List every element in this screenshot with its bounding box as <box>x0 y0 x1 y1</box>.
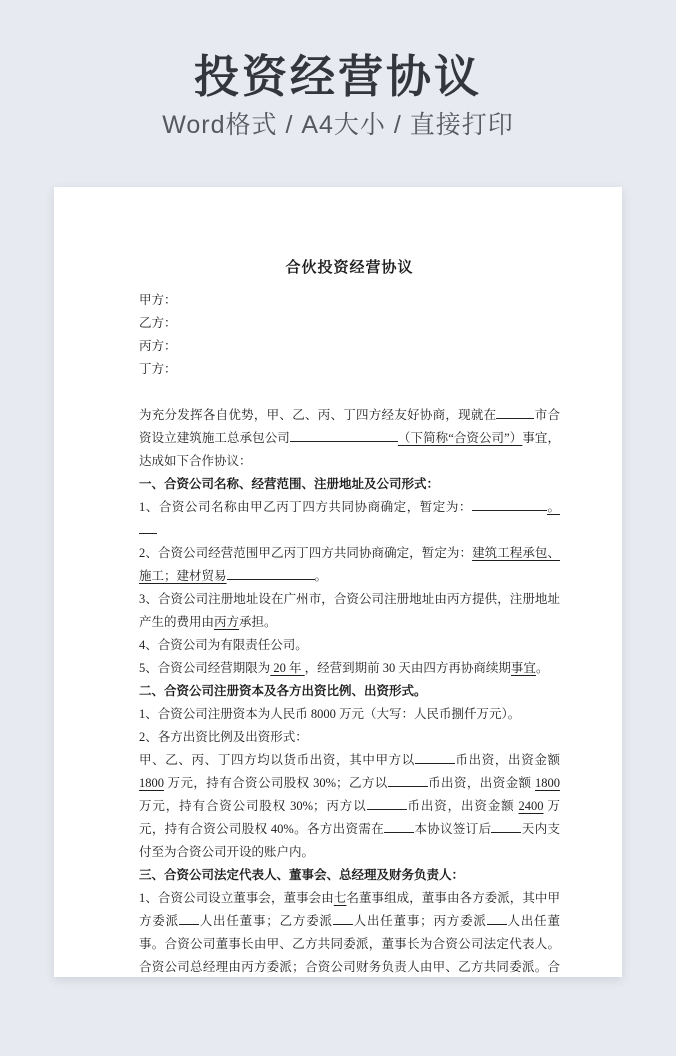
document-page: 合伙投资经营协议甲方：乙方：丙方：丁方：为充分发挥各自优势，甲、乙、丙、丁四方经… <box>54 187 622 977</box>
party-b-line: 乙方： <box>139 312 560 335</box>
text-run: 4、合资公司为有限责任公司。 <box>139 638 308 652</box>
section-1-heading: 一、合资公司名称、经营范围、注册地址及公司形式： <box>139 473 560 496</box>
text-run: 1800 <box>535 776 560 790</box>
text-run: 20 年 <box>270 661 304 675</box>
text-run: 。 <box>536 661 549 675</box>
text-run: 币出资，出资金额 <box>455 753 560 767</box>
section-2-item-2: 2、各方出资比例及出资形式： <box>139 726 560 749</box>
text-run: 本协议签订后 <box>414 822 491 836</box>
text-run: 。 <box>315 569 328 583</box>
spacer-line <box>139 381 560 404</box>
text-run: 承担。 <box>239 615 277 629</box>
text-run: 甲方： <box>139 293 177 307</box>
text-run: 二、合资公司注册资本及各方出资比例、出资形式。 <box>139 684 427 698</box>
blank-fill-line <box>472 498 547 511</box>
text-run: 万元，持有合资公司股权 30%；丙方以 <box>139 799 367 813</box>
text-run: 2、各方出资比例及出资形式： <box>139 730 308 744</box>
text-run: 七 <box>334 891 347 905</box>
text-run: 乙方： <box>139 316 177 330</box>
text-run: 为充分发挥各自优势，甲、乙、丙、丁四方经友好协商，现就在 <box>139 408 496 422</box>
section-2-item-1: 1、合资公司注册资本为人民币 8000 万元（大写：人民币捌仟万元）。 <box>139 703 560 726</box>
text-run: 甲、乙、丙、丁四方均以货币出资，其中甲方以 <box>139 753 415 767</box>
text-run: 1、合资公司注册资本为人民币 8000 万元（大写：人民币捌仟万元）。 <box>139 707 520 721</box>
blank-fill-line <box>179 912 199 925</box>
text-run: 2400 <box>518 799 543 813</box>
blank-fill-line <box>384 820 414 833</box>
section-1-item-4: 4、合资公司为有限责任公司。 <box>139 634 560 657</box>
blank-fill-line <box>367 797 407 810</box>
text-run: 丙方 <box>214 615 239 629</box>
blank-fill-line <box>227 567 315 580</box>
blank-fill-line <box>491 820 521 833</box>
section-1-item-2: 2、合资公司经营范围甲乙丙丁四方共同协商确定，暂定为：建筑工程承包、施工；建材贸… <box>139 542 560 588</box>
section-3-item-1: 1、合资公司设立董事会，董事会由七名董事组成，董事由各方委派，其中甲方委派人出任… <box>139 887 560 977</box>
text-run: 币出资，出资金额 <box>407 799 519 813</box>
text-run: 万元，持有合资公司股权 30%；乙方以 <box>164 776 388 790</box>
template-title: 投资经营协议 <box>0 52 676 102</box>
section-2-contribution-paragraph: 甲、乙、丙、丁四方均以货币出资，其中甲方以币出资，出资金额 1800 万元，持有… <box>139 749 560 864</box>
template-banner: 投资经营协议 Word格式 / A4大小 / 直接打印 <box>0 0 676 139</box>
text-run: 1、合资公司名称由甲乙丙丁四方共同协商确定，暂定为： <box>139 500 472 514</box>
blank-fill-line <box>139 521 157 534</box>
section-2-heading: 二、合资公司注册资本及各方出资比例、出资形式。 <box>139 680 560 703</box>
party-c-line: 丙方： <box>139 335 560 358</box>
section-1-item-5: 5、合资公司经营期限为 20 年 ，经营到期前 30 天由四方再协商续期事宜。 <box>139 657 560 680</box>
text-run: 合伙投资经营协议 <box>285 260 413 276</box>
text-run: 1800 <box>139 776 164 790</box>
intro-paragraph: 为充分发挥各自优势，甲、乙、丙、丁四方经友好协商，现就在市合资设立建筑施工总承包… <box>139 404 560 473</box>
blank-fill-line <box>388 774 428 787</box>
document-body: 合伙投资经营协议甲方：乙方：丙方：丁方：为充分发挥各自优势，甲、乙、丙、丁四方经… <box>139 257 560 977</box>
section-3-heading: 三、合资公司法定代表人、董事会、总经理及财务负责人： <box>139 864 560 887</box>
text-run: 三、合资公司法定代表人、董事会、总经理及财务负责人： <box>139 868 464 882</box>
template-subtitle: Word格式 / A4大小 / 直接打印 <box>0 111 676 139</box>
party-d-line: 丁方： <box>139 358 560 381</box>
blank-fill-line <box>487 912 507 925</box>
text-run: 丁方： <box>139 362 177 376</box>
text-run: 3、合资公司注册地址设在广州市，合资公司注册地址由丙方提供，注册地址产生的费用由 <box>139 592 560 629</box>
text-run: 币出资，出资金额 <box>428 776 535 790</box>
blank-fill-line <box>415 751 455 764</box>
text-run: 。 <box>547 500 560 514</box>
blank-fill-line <box>333 912 353 925</box>
text-run: 5、合资公司经营期限为 <box>139 661 270 675</box>
text-run: （下简称“合资公司”） <box>398 431 522 445</box>
party-a-line: 甲方： <box>139 289 560 312</box>
doc-title: 合伙投资经营协议 <box>139 257 560 280</box>
text-run: 2、合资公司经营范围甲乙丙丁四方共同协商确定，暂定为： <box>139 546 472 560</box>
text-run: ，经营到期前 30 天由四方再协商续期 <box>305 661 511 675</box>
text-run: 人出任董事；乙方委派 <box>199 914 333 928</box>
text-run: 事宜 <box>511 661 536 675</box>
section-1-item-1: 1、合资公司名称由甲乙丙丁四方共同协商确定，暂定为：。 <box>139 496 560 542</box>
text-run: 一、合资公司名称、经营范围、注册地址及公司形式： <box>139 477 439 491</box>
text-run: 人出任董事；丙方委派 <box>353 914 487 928</box>
blank-fill-line <box>290 429 398 442</box>
blank-fill-line <box>496 406 534 419</box>
text-run: 丙方： <box>139 339 177 353</box>
text-run: 1、合资公司设立董事会，董事会由 <box>139 891 334 905</box>
section-1-item-3: 3、合资公司注册地址设在广州市，合资公司注册地址由丙方提供，注册地址产生的费用由… <box>139 588 560 634</box>
